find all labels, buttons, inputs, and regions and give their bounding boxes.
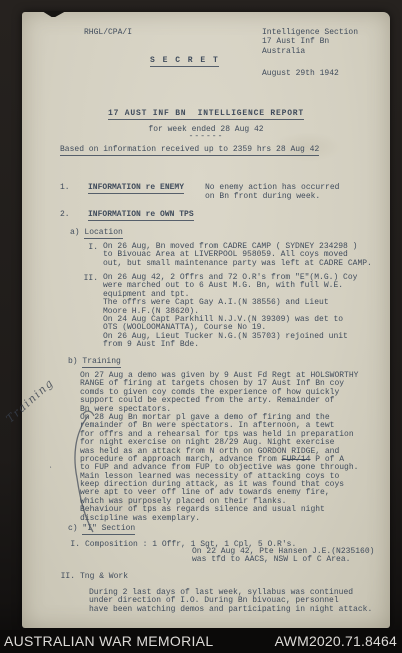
composition-cont-text: On 22 Aug 42, Pte Hansen J.E.(N235160)wa…: [192, 548, 374, 565]
info-cutoff-line: Based on information received up to 2359…: [60, 145, 319, 156]
location-item-2: II. On 26 Aug 42, 2 Offrs and 72 O.R's f…: [103, 274, 357, 350]
document-page: RHGL/CPA/I Intelligence Section17 Aust I…: [22, 12, 390, 628]
section-2-number: 2.: [60, 210, 70, 219]
location-item-1-numeral: I.: [88, 243, 103, 252]
tng-work-head: Tng & Work: [80, 572, 128, 581]
reference-number: RHGL/CPA/I: [84, 28, 132, 37]
archive-bar: AUSTRALIAN WAR MEMORIAL AWM2020.71.8464: [0, 630, 402, 653]
location-item-1: I. On 26 Aug, Bn moved from CADRE CAMP (…: [103, 243, 372, 268]
location-item-2-numeral: II.: [84, 274, 103, 283]
location-label: Location: [84, 228, 122, 239]
handwritten-training-note: Training: [4, 376, 57, 425]
report-title: 17 AUST INF BN INTELLIGENCE REPORT: [108, 109, 304, 120]
archive-name: AUSTRALIAN WAR MEMORIAL: [4, 633, 213, 649]
margin-brace-mark: [50, 410, 100, 535]
section-1-number: 1.: [60, 183, 70, 192]
tng-work-line: II.Tng & Work: [80, 572, 128, 581]
document-date: August 29th 1942: [262, 69, 339, 78]
training-para-2b: to FUP and advance from FUP to objective…: [80, 464, 358, 523]
composition-continuation: On 22 Aug 42, Pte Hansen J.E.(N235160)wa…: [192, 548, 374, 565]
location-item-1-text: On 26 Aug, Bn moved from CADRE CAMP ( SY…: [103, 243, 372, 268]
training-label: Training: [82, 357, 120, 368]
subtitle-rule: ------: [22, 132, 390, 141]
training-text: On 27 Aug a demo was given by 9 Aust Fd …: [80, 372, 358, 523]
tng-work-text: During 2 last days of last week, syllabu…: [89, 589, 372, 614]
classification-secret: S E C R E T: [150, 56, 219, 67]
tng-work-numeral: II.: [61, 572, 80, 581]
section-1-heading: INFORMATION re ENEMY: [88, 183, 184, 194]
archive-id: AWM2020.71.8464: [275, 633, 397, 649]
torn-notch: [42, 11, 66, 17]
section-2-heading: INFORMATION re OWN TPS: [88, 210, 194, 221]
composition-numeral: I.: [70, 540, 85, 549]
tng-work-para: During 2 last days of last week, syllabu…: [89, 589, 372, 614]
unit-address: Intelligence Section17 Aust Inf BnAustra…: [262, 28, 358, 56]
training-prefix: b): [68, 357, 82, 366]
training-para-2a: On 28 Aug Bn mortar pl gave a demo of fi…: [80, 414, 358, 456]
composition-head: Composition :: [85, 540, 152, 549]
section-1-body: No enemy action has occurredon Bn front …: [205, 183, 339, 202]
location-prefix: a): [70, 228, 84, 237]
training-para-1: On 27 Aug a demo was given by 9 Aust Fd …: [80, 372, 358, 414]
location-item-2-text: On 26 Aug 42, 2 Offrs and 72 O.R's from …: [103, 274, 357, 350]
